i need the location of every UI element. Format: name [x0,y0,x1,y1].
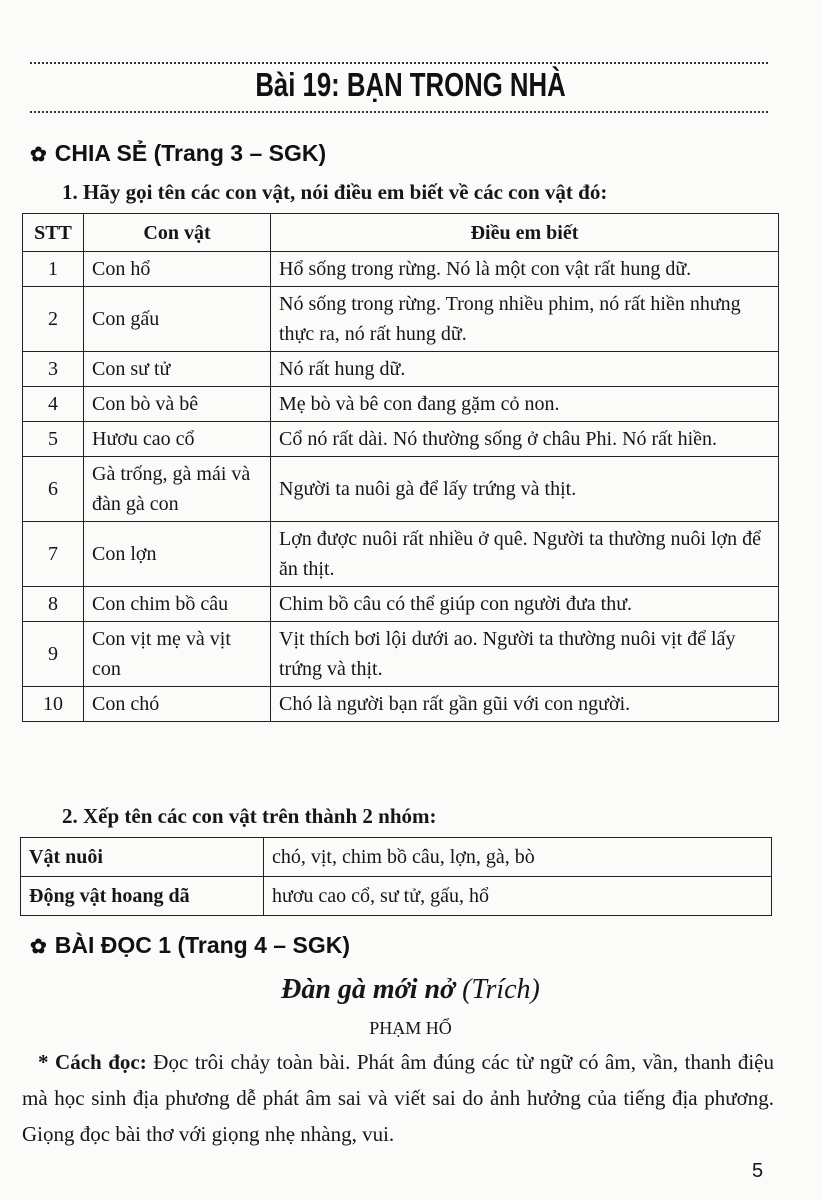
row-animal: Con bò và bê [84,387,271,422]
groups-table: Vật nuôi chó, vịt, chim bồ câu, lợn, gà,… [20,837,772,916]
page-number: 5 [752,1160,763,1183]
row-stt: 8 [23,587,84,622]
section-heading-text: CHIA SẺ (Trang 3 – SGK) [55,140,326,166]
row-animal: Hươu cao cổ [84,422,271,457]
row-stt: 3 [23,352,84,387]
table-row: 8Con chim bồ câuChim bồ câu có thể giúp … [23,587,779,622]
row-stt: 5 [23,422,84,457]
row-animal: Con chó [84,687,271,722]
row-stt: 6 [23,457,84,522]
group-members: chó, vịt, chim bồ câu, lợn, gà, bò [264,838,772,877]
header-info: Điều em biết [271,214,779,252]
row-stt: 2 [23,287,84,352]
row-stt: 9 [23,622,84,687]
group-name: Động vật hoang dã [21,877,264,916]
poem-note: (Trích) [462,974,540,1005]
table-row: 5Hươu cao cổCổ nó rất dài. Nó thường sốn… [23,422,779,457]
row-info: Lợn được nuôi rất nhiều ở quê. Người ta … [271,522,779,587]
row-animal: Con chim bồ câu [84,587,271,622]
poem-title: Đàn gà mới nở (Trích) [0,974,821,1006]
row-stt: 4 [23,387,84,422]
poem-author: PHẠM HỔ [0,1018,821,1039]
row-info: Nó rất hung dữ. [271,352,779,387]
bottom-dotted-rule [30,111,768,113]
row-animal: Con gấu [84,287,271,352]
table-row: 10Con chóChó là người bạn rất gần gũi vớ… [23,687,779,722]
table-row: Động vật hoang dã hươu cao cổ, sư tử, gấ… [21,877,772,916]
table-row: 1Con hổHổ sống trong rừng. Nó là một con… [23,252,779,287]
row-animal: Con lợn [84,522,271,587]
row-stt: 7 [23,522,84,587]
reading-instructions: * Cách đọc: Đọc trôi chảy toàn bài. Phát… [22,1044,774,1152]
row-stt: 10 [23,687,84,722]
table-row: 2Con gấuNó sống trong rừng. Trong nhiều … [23,287,779,352]
header-stt: STT [23,214,84,252]
row-animal: Con sư tử [84,352,271,387]
flower-icon: ✿ [30,144,47,166]
table-row: 7Con lợnLợn được nuôi rất nhiều ở quê. N… [23,522,779,587]
row-info: Hổ sống trong rừng. Nó là một con vật rấ… [271,252,779,287]
group-members: hươu cao cổ, sư tử, gấu, hổ [264,877,772,916]
row-info: Chó là người bạn rất gần gũi với con ngư… [271,687,779,722]
row-info: Nó sống trong rừng. Trong nhiều phim, nó… [271,287,779,352]
lesson-title: Bài 19: BẠN TRONG NHÀ [90,66,730,104]
section-chia-se-heading: ✿CHIA SẺ (Trang 3 – SGK) [30,140,326,167]
section-heading-text: BÀI ĐỌC 1 (Trang 4 – SGK) [55,932,350,958]
group-name: Vật nuôi [21,838,264,877]
reading-label: * Cách đọc: [38,1050,147,1074]
table-header-row: STT Con vật Điều em biết [23,214,779,252]
row-animal: Gà trống, gà mái và đàn gà con [84,457,271,522]
table-row: 4Con bò và bêMẹ bò và bê con đang gặm cỏ… [23,387,779,422]
question-2: 2. Xếp tên các con vật trên thành 2 nhóm… [62,804,436,829]
table-row: 3Con sư tửNó rất hung dữ. [23,352,779,387]
row-info: Người ta nuôi gà để lấy trứng và thịt. [271,457,779,522]
header-animal: Con vật [84,214,271,252]
table-row: Vật nuôi chó, vịt, chim bồ câu, lợn, gà,… [21,838,772,877]
row-info: Mẹ bò và bê con đang gặm cỏ non. [271,387,779,422]
row-info: Vịt thích bơi lội dưới ao. Người ta thườ… [271,622,779,687]
animals-table: STT Con vật Điều em biết 1Con hổHổ sống … [22,213,779,722]
flower-icon: ✿ [30,936,47,958]
table-row: 6Gà trống, gà mái và đàn gà conNgười ta … [23,457,779,522]
row-info: Chim bồ câu có thể giúp con người đưa th… [271,587,779,622]
row-animal: Con vịt mẹ và vịt con [84,622,271,687]
question-1: 1. Hãy gọi tên các con vật, nói điều em … [62,180,607,205]
row-animal: Con hổ [84,252,271,287]
poem-title-text: Đàn gà mới nở [281,974,455,1005]
row-stt: 1 [23,252,84,287]
table-row: 9Con vịt mẹ và vịt conVịt thích bơi lội … [23,622,779,687]
top-dotted-rule [30,62,768,64]
row-info: Cổ nó rất dài. Nó thường sống ở châu Phi… [271,422,779,457]
section-bai-doc-heading: ✿BÀI ĐỌC 1 (Trang 4 – SGK) [30,932,350,959]
